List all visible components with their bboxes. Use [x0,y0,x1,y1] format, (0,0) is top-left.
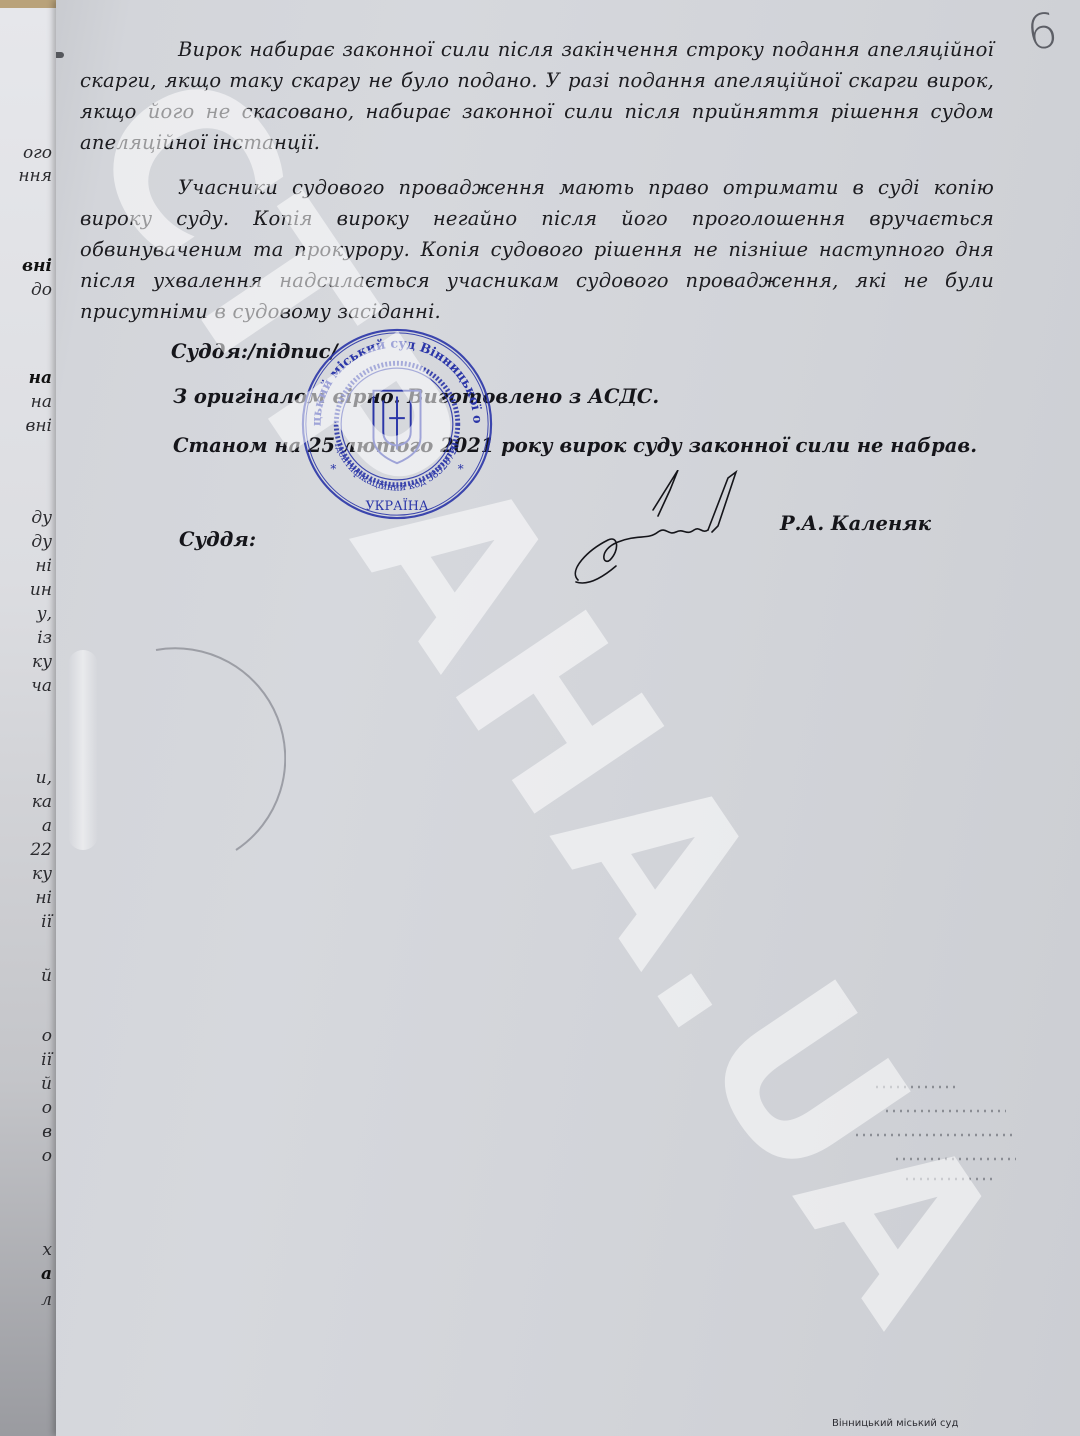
adjacent-page: огоннявнідонанавнідудуніину,ізкучаи,каа2… [0,8,58,1436]
left-page-text-fragment: до [31,280,52,300]
left-page-text-fragment: а [42,816,52,836]
svg-text:*: * [458,462,464,476]
court-stamp-icon: Вінницький міський суд Вінницької област… [299,326,495,522]
faded-dotted-stamp-icon [846,1075,1026,1185]
left-page-text-fragment: ду [31,532,52,552]
faint-stamp-impression-icon [116,640,286,880]
left-page-text-fragment: ку [32,864,52,884]
left-page-text-fragment: ння [18,166,52,186]
left-page-text-fragment: ії [41,1050,52,1070]
left-page-text-fragment: ка [32,792,52,812]
svg-text:УКРАЇНА: УКРАЇНА [365,497,428,514]
left-page-text-fragment: ні [35,888,52,908]
left-page-text-fragment: у, [37,604,52,624]
document-page: 6 Вирок набирає законної сили після закі… [56,0,1080,1436]
judge-label: Суддя: [179,528,256,551]
left-page-text-fragment: 22 [30,840,52,860]
judge-name: Р.А. Каленяк [780,512,931,535]
left-page-text-fragment: о [42,1146,52,1166]
left-page-text-fragment: й [41,966,52,986]
svg-text:Вінницький міський суд Вінниць: Вінницький міський суд Вінницької област… [299,326,485,426]
paragraph-appeal-terms: Вирок набирає законної сили після закінч… [80,34,994,158]
left-page-text-fragment: на [31,392,52,412]
left-page-text-fragment: й [41,1074,52,1094]
paper-crease [68,650,98,850]
left-page-text-fragment: х [42,1240,52,1260]
left-page-text-fragment: вні [25,416,52,436]
left-page-text-fragment: ду [31,508,52,528]
left-page-text-fragment: в [42,1122,52,1142]
left-page-text-fragment: ку [32,652,52,672]
svg-text:*: * [330,462,336,476]
paragraph-copy-rights: Учасники судового провадження мають прав… [80,172,994,327]
left-page-text-fragment: ні [35,556,52,576]
left-page-text-fragment: ії [41,912,52,932]
left-page-text-fragment: ча [31,676,52,696]
left-page-text-fragment: ин [30,580,52,600]
left-page-text-fragment: а [41,1264,52,1284]
left-page-text-fragment: вні [22,256,52,276]
left-page-text-fragment: и, [36,768,52,788]
left-page-text-fragment: о [42,1026,52,1046]
judge-signature-icon [558,470,758,590]
footer-court-name: Вінницький міський суд [832,1418,958,1429]
staple [56,52,64,58]
legal-force-status-line: Станом на 25 лютого 2021 року вирок суду… [173,434,977,457]
left-page-text-fragment: на [29,368,52,388]
left-page-text-fragment: л [41,1290,52,1310]
left-page-text-fragment: ого [23,143,52,163]
handwritten-page-number: 6 [1024,2,1062,62]
left-page-text-fragment: із [37,628,52,648]
left-page-text-fragment: о [42,1098,52,1118]
